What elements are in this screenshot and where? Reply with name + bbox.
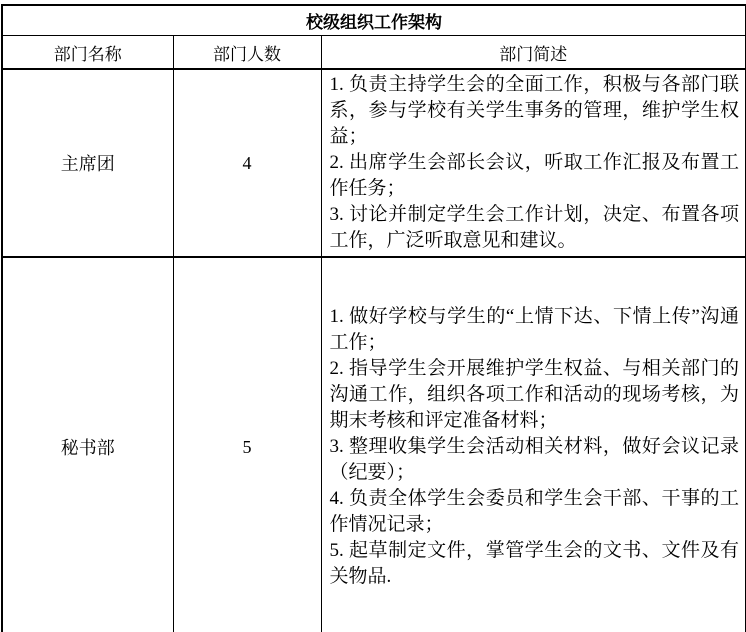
duty-item: 1. 做好学校与学生的“上情下达、下情上传”沟通工作； [330, 304, 740, 356]
duty-item: 1. 负责主持学生会的全面工作，积极与各部门联系，参与学校有关学生事务的管理，维… [330, 72, 740, 150]
column-header-department-summary: 部门简述 [321, 36, 746, 70]
duty-item: 4. 负责全体学生会委员和学生会干部、干事的工作情况记录； [330, 486, 740, 538]
table-title-row: 校级组织工作架构 [2, 5, 746, 36]
duty-item: 3. 整理收集学生会活动相关材料，做好会议记录（纪要）； [330, 434, 740, 486]
duty-item: 3. 讨论并制定学生会工作计划，决定、布置各项工作，广泛听取意见和建议。 [330, 202, 740, 254]
duty-item: 5. 起草制定文件，掌管学生会的文书、文件及有关物品. [330, 538, 740, 590]
table-header-row: 部门名称 部门人数 部门简述 [2, 36, 746, 70]
duty-item: 2. 指导学生会开展维护学生权益、与相关部门的沟通工作，组织各项工作和活动的现场… [330, 356, 740, 434]
column-header-department-count: 部门人数 [173, 36, 321, 70]
department-duties-cell: 1. 做好学校与学生的“上情下达、下情上传”沟通工作；2. 指导学生会开展维护学… [321, 257, 746, 632]
department-duties-cell: 1. 负责主持学生会的全面工作，积极与各部门联系，参与学校有关学生事务的管理，维… [321, 69, 746, 257]
table-row-presidium: 主席团 4 1. 负责主持学生会的全面工作，积极与各部门联系，参与学校有关学生事… [2, 69, 746, 257]
department-name-cell: 主席团 [2, 69, 173, 257]
department-name-cell: 秘书部 [2, 257, 173, 632]
department-count-cell: 5 [173, 257, 321, 632]
table-title: 校级组织工作架构 [2, 5, 746, 36]
document-page: 校级组织工作架构 部门名称 部门人数 部门简述 主席团 4 1. 负责主持学生会… [0, 0, 746, 632]
department-count-cell: 4 [173, 69, 321, 257]
table-row-secretariat: 秘书部 5 1. 做好学校与学生的“上情下达、下情上传”沟通工作；2. 指导学生… [2, 257, 746, 632]
column-header-department-name: 部门名称 [2, 36, 173, 70]
duty-item: 2. 出席学生会部长会议，听取工作汇报及布置工作任务； [330, 150, 740, 202]
org-structure-table: 校级组织工作架构 部门名称 部门人数 部门简述 主席团 4 1. 负责主持学生会… [1, 4, 746, 632]
